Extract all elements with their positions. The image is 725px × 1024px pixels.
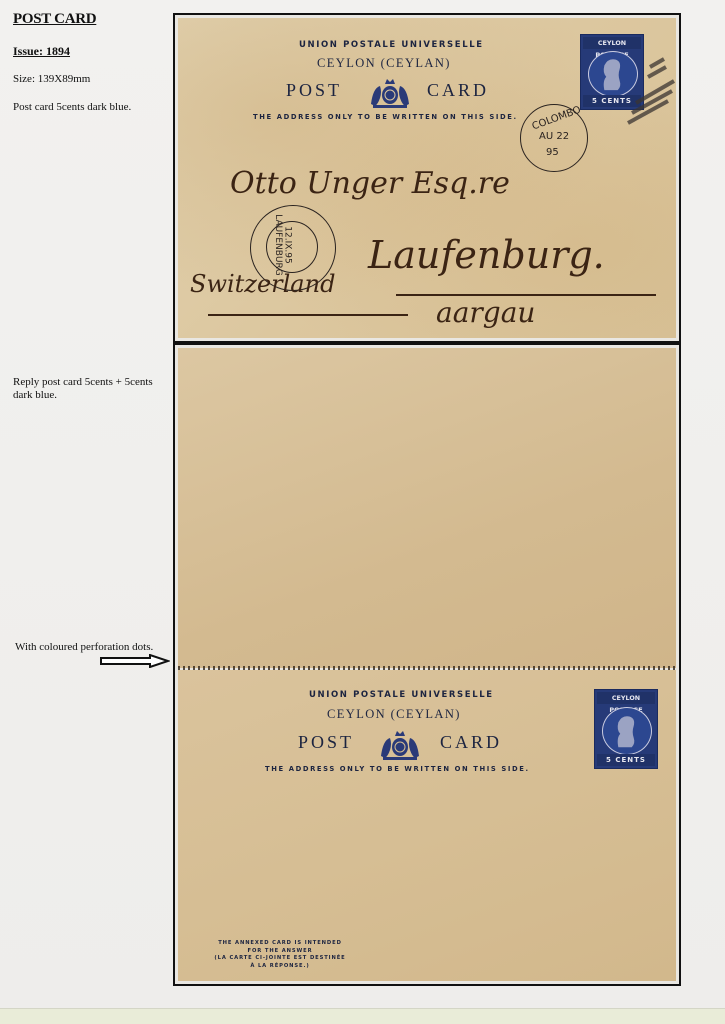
colombo-postmark: COLOMBO AU 22 95 bbox=[520, 104, 588, 172]
annexed-card-note: THE ANNEXED CARD IS INTENDED FOR THE ANS… bbox=[180, 940, 380, 970]
upu-header: UNION POSTALE UNIVERSELLE bbox=[309, 690, 494, 700]
perforation-note: With coloured perforation dots. bbox=[15, 641, 153, 654]
upu-header: UNION POSTALE UNIVERSELLE bbox=[299, 40, 484, 50]
handwritten-town: Laufenburg. bbox=[368, 233, 605, 277]
postcard-frame: UNION POSTALE UNIVERSELLE CEYLON (CEYLAN… bbox=[173, 13, 681, 343]
postcard-description: Post card 5cents dark blue. bbox=[13, 101, 131, 114]
page-title: POST CARD bbox=[13, 13, 96, 26]
reply-card-back-half bbox=[178, 348, 676, 668]
card-label: CARD bbox=[440, 732, 502, 753]
stamp-top-text: CEYLON POSTAGE bbox=[597, 692, 655, 704]
card-label: CARD bbox=[427, 80, 489, 101]
cancellation-bars-icon bbox=[608, 43, 676, 133]
page-bottom-strip bbox=[0, 1008, 725, 1024]
country-label: CEYLON (CEYLAN) bbox=[317, 56, 451, 71]
stamp-value-text: 5 CENTS bbox=[597, 754, 655, 766]
reply-card-front-half: UNION POSTALE UNIVERSELLE CEYLON (CEYLAN… bbox=[178, 670, 676, 981]
handwritten-underline bbox=[396, 294, 656, 296]
post-label: POST bbox=[286, 80, 342, 101]
post-label: POST bbox=[298, 732, 354, 753]
handwritten-canton: aargau bbox=[436, 296, 535, 329]
queen-victoria-portrait-icon bbox=[602, 707, 652, 755]
address-instruction: THE ADDRESS ONLY TO BE WRITTEN ON THIS S… bbox=[265, 765, 530, 773]
country-label: CEYLON (CEYLAN) bbox=[327, 707, 461, 722]
handwritten-addressee: Otto Unger Esq.re bbox=[230, 166, 510, 201]
royal-coat-of-arms-icon bbox=[375, 728, 425, 762]
royal-coat-of-arms-icon bbox=[365, 76, 415, 110]
reply-card-frame: UNION POSTALE UNIVERSELLE CEYLON (CEYLAN… bbox=[173, 343, 681, 986]
handwritten-underline bbox=[208, 314, 408, 316]
handwritten-country: Switzerland bbox=[190, 270, 335, 298]
stamp-5-cents: CEYLON POSTAGE 5 CENTS bbox=[594, 689, 658, 769]
right-arrow-icon bbox=[100, 654, 170, 668]
address-instruction: THE ADDRESS ONLY TO BE WRITTEN ON THIS S… bbox=[253, 113, 518, 121]
size-label: Size: 139X89mm bbox=[13, 73, 90, 86]
issue-label: Issue: 1894 bbox=[13, 45, 70, 58]
postcard-front: UNION POSTALE UNIVERSELLE CEYLON (CEYLAN… bbox=[178, 18, 676, 338]
reply-card-description: Reply post card 5cents + 5cents dark blu… bbox=[13, 376, 173, 402]
